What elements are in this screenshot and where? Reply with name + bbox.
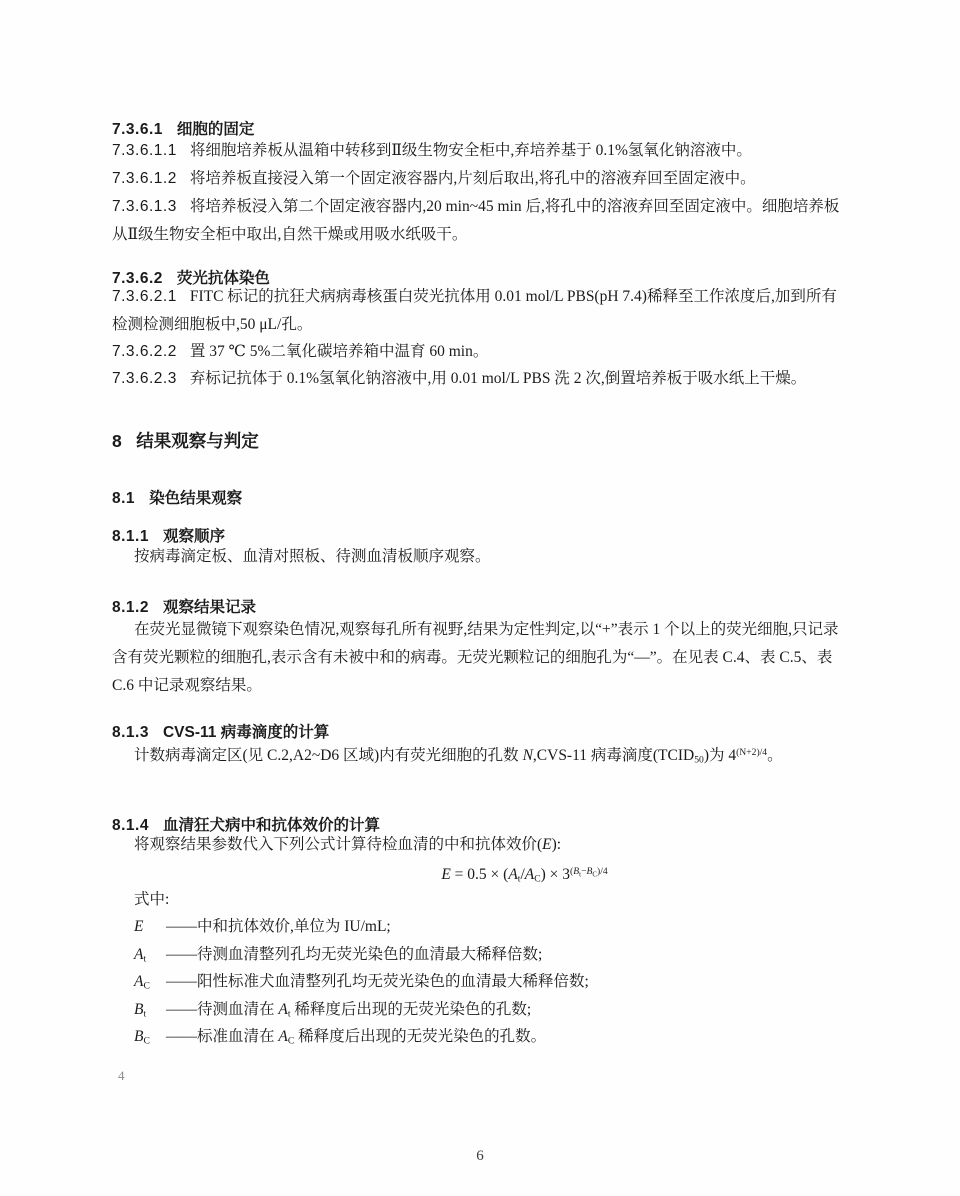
clause-7-3-6-1-2: 7.3.6.1.2将培养板直接浸入第一个固定液容器内,片刻后取出,将孔中的溶液弃… [112, 165, 849, 193]
clause-text: 将培养板浸入第二个固定液容器内,20 min~45 min 后,将孔中的溶液弃回… [112, 198, 839, 243]
stray-page-mark: 4 [118, 1068, 158, 1084]
heading-number: 8.1.2 [112, 599, 149, 616]
clause-text: 将细胞培养板从温箱中转移到Ⅱ级生物安全柜中,弃培养基于 0.1%氢氧化钠溶液中。 [190, 142, 752, 159]
paragraph-8-1-3: 计数病毒滴定区(见 C.2,A2~D6 区域)内有荧光细胞的孔数 N,CVS-1… [112, 739, 849, 775]
heading-number: 8.1 [112, 490, 135, 507]
heading-number: 8 [112, 431, 122, 451]
clause-7-3-6-1-1: 7.3.6.1.1将细胞培养板从温箱中转移到Ⅱ级生物安全柜中,弃培养基于 0.1… [112, 137, 849, 165]
heading-number: 8.1.1 [112, 528, 149, 545]
heading-title: 结果观察与判定 [136, 431, 259, 451]
heading-title: CVS-11 病毒滴度的计算 [163, 724, 329, 741]
document-page: 7.3.6.1细胞的固定 7.3.6.1.1将细胞培养板从温箱中转移到Ⅱ级生物安… [0, 0, 960, 1196]
definition-desc: ——待测血清整列孔均无荧光染色的血清最大稀释倍数; [166, 946, 542, 963]
definition-desc: ——中和抗体效价,单位为 IU/mL; [166, 918, 391, 935]
heading-title: 细胞的固定 [177, 121, 255, 138]
clause-7-3-6-2-2: 7.3.6.2.2置 37 ℃ 5%二氧化碳培养箱中温育 60 min。 [112, 338, 849, 366]
clause-text: 弃标记抗体于 0.1%氢氧化钠溶液中,用 0.01 mol/L PBS 洗 2 … [190, 370, 806, 387]
clause-7-3-6-2-1: 7.3.6.2.1FITC 标记的抗狂犬病病毒核蛋白荧光抗体用 0.01 mol… [112, 283, 849, 339]
heading-title: 观察结果记录 [163, 599, 256, 616]
clause-text: 将培养板直接浸入第一个固定液容器内,片刻后取出,将孔中的溶液弃回至固定液中。 [190, 170, 756, 187]
clause-number: 7.3.6.1.2 [112, 170, 177, 187]
definition-Bc: BC——标准血清在 AC 稀释度后出现的无荧光染色的孔数。 [112, 1023, 871, 1056]
heading-title: 观察顺序 [163, 528, 225, 545]
definition-term: E [134, 913, 166, 941]
paragraph-8-1-4-intro: 将观察结果参数代入下列公式计算待检血清的中和抗体效价(E): [112, 831, 849, 859]
clause-text: FITC 标记的抗狂犬病病毒核蛋白荧光抗体用 0.01 mol/L PBS(pH… [112, 288, 837, 333]
clause-7-3-6-2-3: 7.3.6.2.3弃标记抗体于 0.1%氢氧化钠溶液中,用 0.01 mol/L… [112, 365, 849, 393]
clause-number: 7.3.6.1.1 [112, 142, 177, 159]
clause-number: 7.3.6.2.1 [112, 288, 177, 305]
heading-8: 8结果观察与判定 [112, 429, 849, 453]
paragraph-8-1-1: 按病毒滴定板、血清对照板、待测血清板顺序观察。 [112, 543, 849, 571]
page-number: 6 [0, 1148, 960, 1165]
clause-number: 7.3.6.1.3 [112, 198, 177, 215]
definition-term: BC [134, 1023, 166, 1056]
definition-desc: ——阳性标准犬血清整列孔均无荧光染色的血清最大稀释倍数; [166, 973, 589, 990]
heading-number: 7.3.6.1 [112, 121, 163, 138]
clause-7-3-6-1-3: 7.3.6.1.3将培养板浸入第二个固定液容器内,20 min~45 min 后… [112, 193, 849, 249]
definition-desc: ——待测血清在 At 稀释度后出现的无荧光染色的孔数; [166, 1001, 531, 1018]
heading-8-1: 8.1染色结果观察 [112, 488, 849, 510]
where-label: 式中: [112, 886, 871, 914]
definition-E: E——中和抗体效价,单位为 IU/mL; [112, 913, 871, 941]
heading-number: 8.1.3 [112, 724, 149, 741]
clause-number: 7.3.6.2.3 [112, 370, 177, 387]
clause-number: 7.3.6.2.2 [112, 343, 177, 360]
clause-text: 置 37 ℃ 5%二氧化碳培养箱中温育 60 min。 [190, 343, 489, 360]
definition-desc: ——标准血清在 AC 稀释度后出现的无荧光染色的孔数。 [166, 1028, 546, 1045]
heading-title: 染色结果观察 [149, 490, 242, 507]
paragraph-8-1-2: 在荧光显微镜下观察染色情况,观察每孔所有视野,结果为定性判定,以“+”表示 1 … [112, 616, 849, 700]
